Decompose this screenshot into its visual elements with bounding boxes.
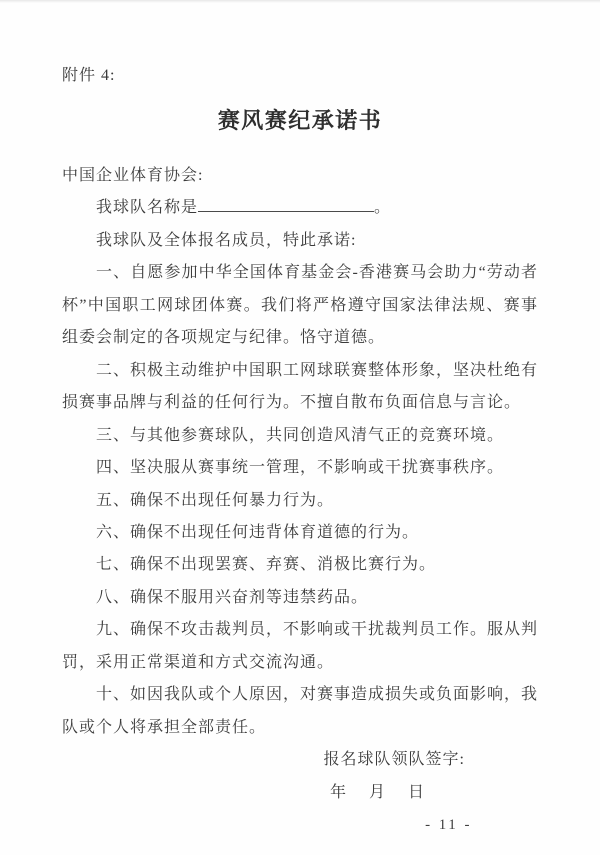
pledge-item-5: 五、确保不出现任何暴力行为。: [62, 485, 538, 517]
document-content: 附件 4: 赛风赛纪承诺书 中国企业体育协会: 我球队名称是。 我球队及全体报名…: [0, 0, 600, 841]
pledge-item-1: 一、自愿参加中华全国体育基金会-香港赛马会助力“劳动者杯”中国职工网球团体赛。我…: [62, 257, 538, 354]
team-name-line: 我球队名称是。: [62, 192, 538, 224]
signature-label: 报名球队领队签字:: [62, 744, 538, 776]
pledge-item-2: 二、积极主动维护中国职工网球联赛整体形象，坚决杜绝有损赛事品牌与利益的任何行为。…: [62, 355, 538, 420]
pledge-item-10: 十、如因我队或个人原因，对赛事造成损失或负面影响，我队或个人将承担全部责任。: [62, 679, 538, 744]
pledge-item-6: 六、确保不出现任何违背体育道德的行为。: [62, 517, 538, 549]
team-name-prefix: 我球队名称是: [96, 199, 198, 216]
team-name-blank-field: [198, 197, 374, 212]
pledge-item-3: 三、与其他参赛球队，共同创造风清气正的竞赛环境。: [62, 420, 538, 452]
salutation-line: 中国企业体育协会:: [62, 160, 538, 192]
date-line: 年 月 日: [62, 777, 538, 809]
document-title: 赛风赛纪承诺书: [62, 107, 538, 134]
pledge-item-7: 七、确保不出现罢赛、弃赛、消极比赛行为。: [62, 549, 538, 581]
pledge-item-9: 九、确保不攻击裁判员，不影响或干扰裁判员工作。服从判罚，采用正常渠道和方式交流沟…: [62, 614, 538, 679]
page-number: - 11 -: [62, 809, 538, 841]
document-page: 附件 4: 赛风赛纪承诺书 中国企业体育协会: 我球队名称是。 我球队及全体报名…: [0, 0, 600, 855]
pledge-item-8: 八、确保不服用兴奋剂等违禁药品。: [62, 582, 538, 614]
attachment-label: 附件 4:: [62, 66, 538, 86]
pledge-intro: 我球队及全体报名成员，特此承诺:: [62, 225, 538, 257]
pledge-item-4: 四、坚决服从赛事统一管理，不影响或干扰赛事秩序。: [62, 452, 538, 484]
team-name-suffix: 。: [374, 199, 391, 216]
